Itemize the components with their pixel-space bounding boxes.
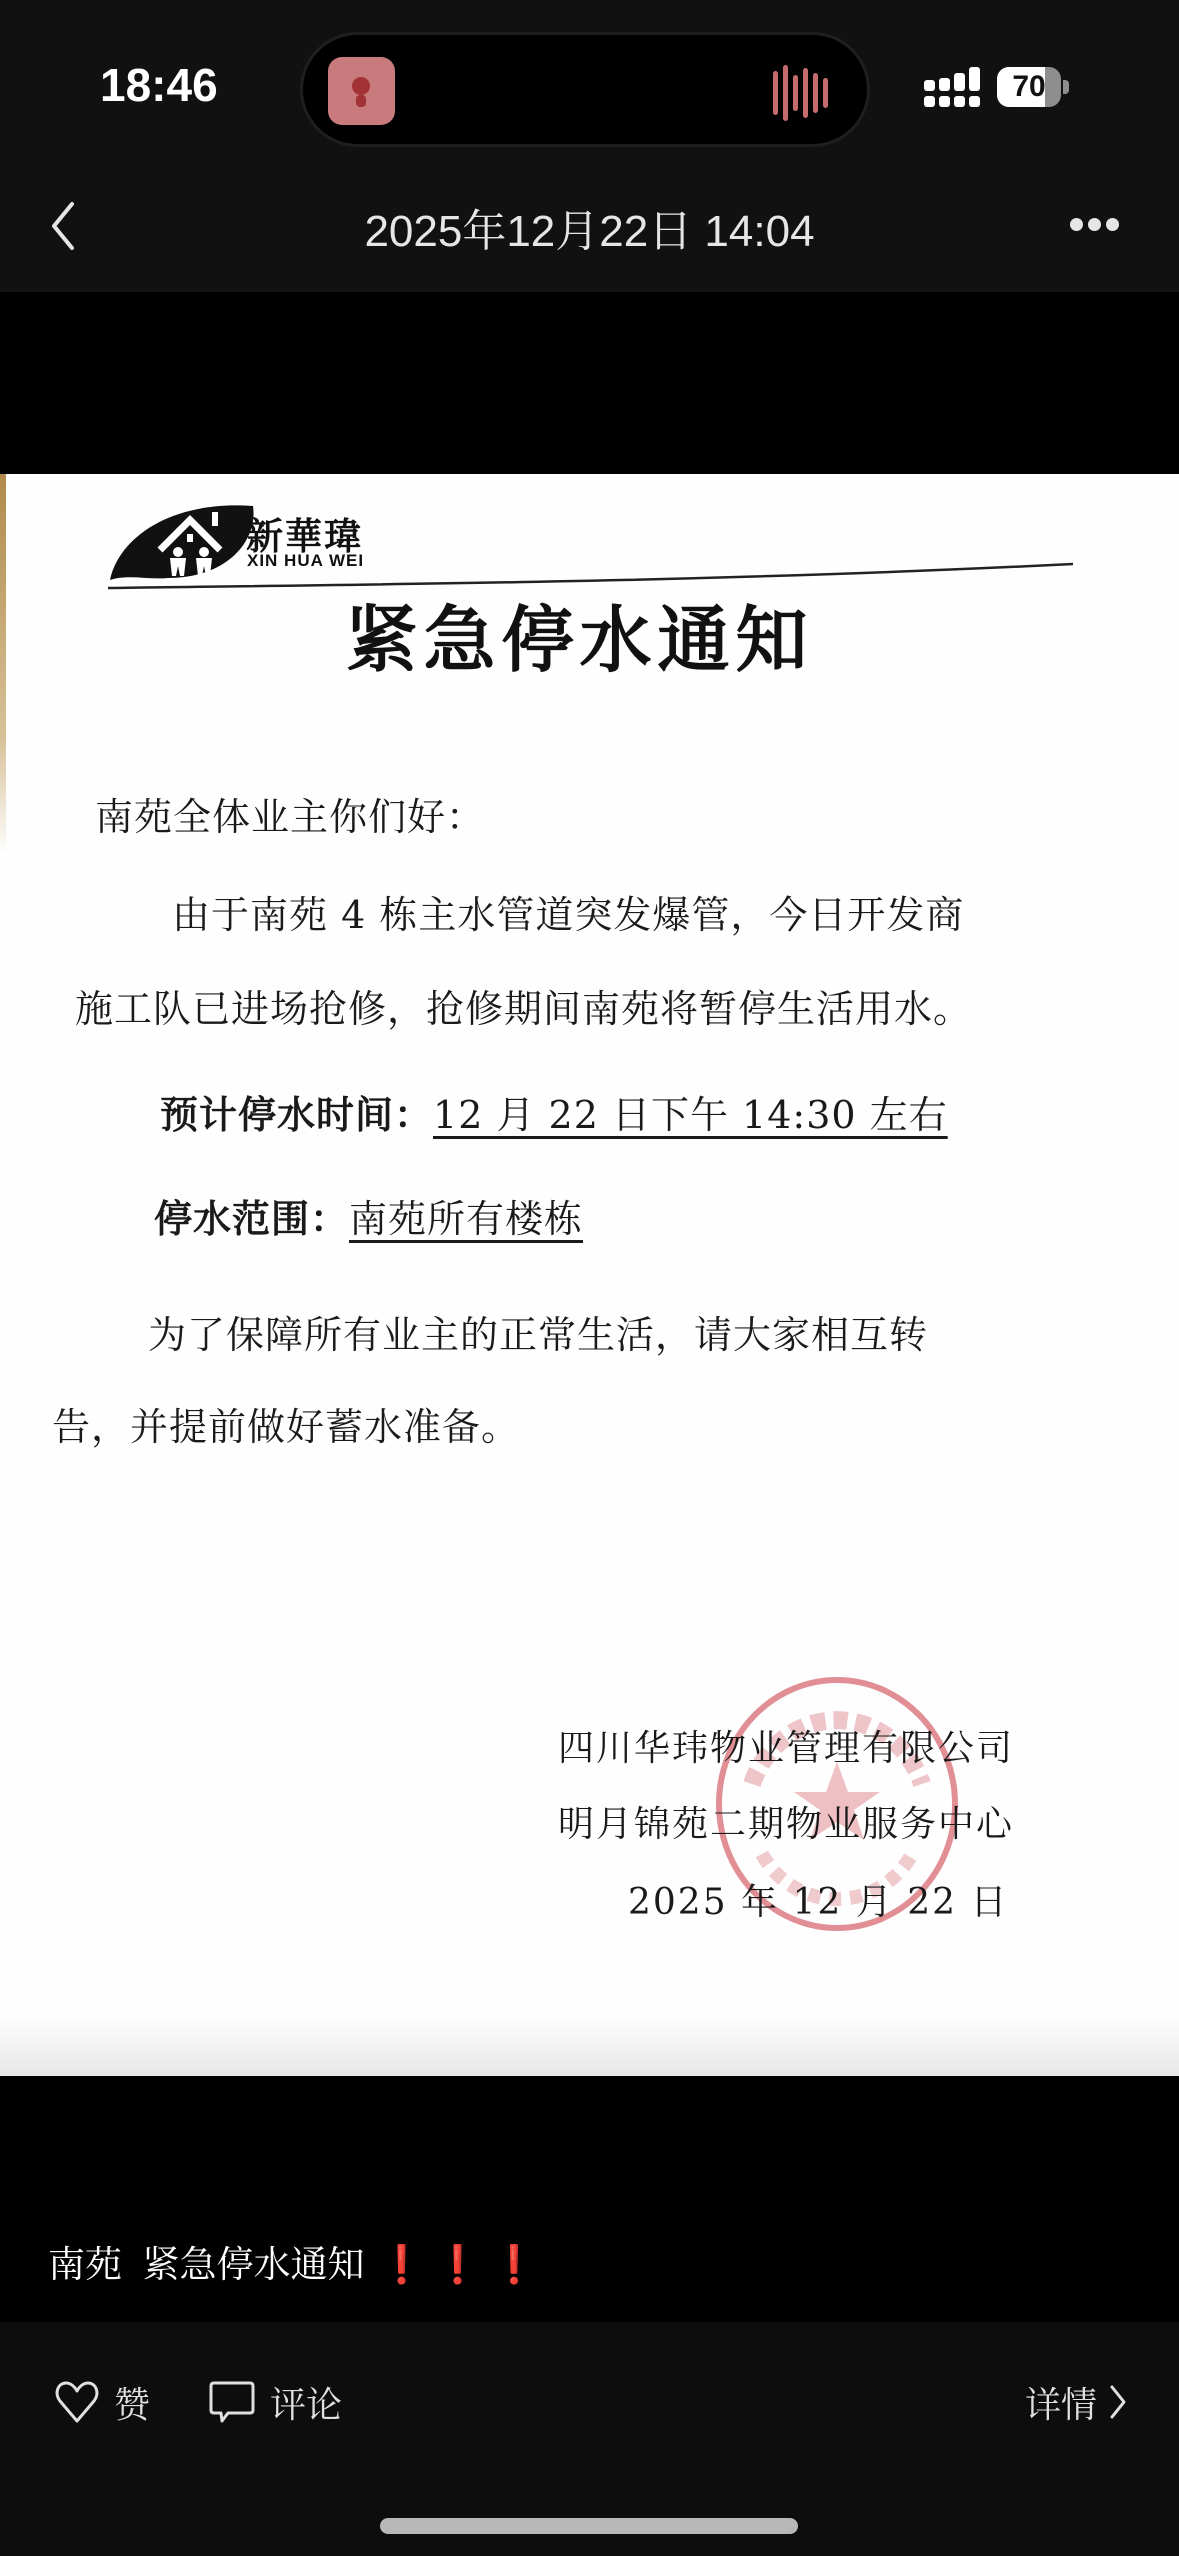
battery-icon: 70 [997,67,1069,107]
dynamic-island[interactable] [300,32,870,147]
battery-percent: 70 [997,67,1061,107]
caption-text: 南苑 紧急停水通知 [48,2244,365,2285]
post-timestamp-title: 2025年12月22日 14:04 [0,195,1179,259]
shutoff-time-row: 预计停水时间：12 月 22 日下午 14:30 左右 [160,1084,948,1139]
status-time: 18:46 [100,58,218,112]
notice-paragraph1-line2: 施工队已进场抢修，抢修期间南苑将暂停生活用水。 [75,978,972,1033]
details-label: 详情 [1025,2377,1097,2428]
notice-paragraph1-line1: 由于南苑 4 栋主水管道突发爆管，今日开发商 [172,884,964,939]
cellular-signal-icon [924,69,980,107]
signature-company: 四川华玮物业管理有限公司 [558,1720,1014,1771]
heart-icon [54,2379,100,2425]
bottom-action-bar: 赞 评论 详情 [0,2322,1179,2556]
comment-button[interactable]: 评论 [208,2374,342,2430]
notice-paragraph2-line2: 告，并提前做好蓄水准备。 [52,1396,520,1451]
exclamation-emoji-icon: ❗ ❗ ❗ [379,2244,538,2285]
comment-bubble-icon [208,2379,256,2425]
shutoff-range-label: 停水范围： [154,1196,349,1241]
signature-date: 2025 年 12 月 22 日 [628,1874,1008,1925]
home-indicator[interactable] [380,2518,798,2534]
like-button[interactable]: 赞 [54,2374,150,2430]
recording-app-icon [328,57,395,125]
comment-label: 评论 [270,2377,342,2428]
post-caption: 南苑 紧急停水通知❗ ❗ ❗ [48,2234,537,2288]
signature-service-center: 明月锦苑二期物业服务中心 [558,1796,1014,1847]
shutoff-range-value: 南苑所有楼栋 [349,1197,583,1241]
notice-photo[interactable]: 新華瑋 XIN HUA WEI 紧急停水通知 南苑全体业主你们好： 由于南苑 4… [0,474,1179,2076]
shutoff-time-value: 12 月 22 日下午 14:30 左右 [433,1093,948,1137]
top-header: 18:46 70 2025年12月22日 14:04 [0,0,1179,292]
notice-title: 紧急停水通知 [0,582,1179,686]
notice-greeting: 南苑全体业主你们好： [95,786,485,841]
shutoff-time-label: 预计停水时间： [160,1092,433,1137]
details-link[interactable]: 详情 [1025,2374,1129,2430]
like-label: 赞 [114,2377,150,2428]
more-options-button[interactable] [1064,213,1124,237]
audio-waveform-icon [773,65,828,121]
shutoff-range-row: 停水范围：南苑所有楼栋 [154,1188,583,1243]
more-dots-icon [1070,218,1083,231]
chevron-right-icon [1107,2382,1129,2422]
notice-paragraph2-line1: 为了保障所有业主的正常生活，请大家相互转 [148,1304,928,1359]
